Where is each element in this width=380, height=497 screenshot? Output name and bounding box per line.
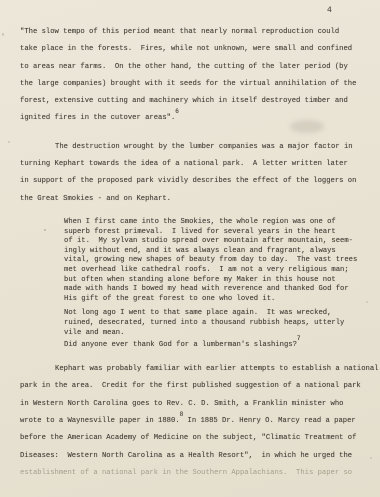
text-line: made with hands I bowed my head with rev… bbox=[64, 285, 366, 295]
opening-quotation-paragraph: "The slow tempo of this period meant tha… bbox=[20, 24, 366, 128]
text-line: park in the area. Credit for the first p… bbox=[20, 378, 366, 395]
text-line: Kephart was probably familiar with earli… bbox=[20, 361, 366, 378]
footnote-reference: 7 bbox=[297, 335, 301, 342]
paper-speck bbox=[370, 457, 372, 459]
text-line: wrote to a Waynesville paper in 1880.8 I… bbox=[20, 413, 366, 430]
block-quote-first-came: When I first came into the Smokies, the … bbox=[64, 218, 366, 304]
text-line: vital, growing new shapes of beauty from… bbox=[64, 256, 366, 266]
text-line: to areas near farms. On the other hand, … bbox=[20, 59, 366, 76]
text-line: vile and mean. bbox=[64, 329, 366, 339]
block-quote-not-long-ago: Not long ago I went to that same place a… bbox=[64, 309, 366, 338]
text-line: ruined, desecrated, turned into a thousa… bbox=[64, 319, 366, 329]
text-line: superb forest primeval. I lived for seve… bbox=[64, 228, 366, 238]
paper-speck bbox=[366, 301, 368, 303]
text-line: Diseases: Western North Carolina as a He… bbox=[20, 448, 366, 465]
text-line: turning Kephart towards the idea of a na… bbox=[20, 156, 366, 173]
text-line: ignited fires in the cutover areas".6 bbox=[20, 110, 366, 127]
text-line: Did anyone ever thank God for a lumberma… bbox=[64, 341, 366, 351]
text-line: met overhead like cathedral roofs. I am … bbox=[64, 266, 366, 276]
text-line: before the American Academy of Medicine … bbox=[20, 430, 366, 447]
text-line: but often when standing alone before my … bbox=[64, 276, 366, 286]
text-line: forest, extensive cutting and machinery … bbox=[20, 93, 366, 110]
text-line: establishment of a national park in the … bbox=[20, 465, 366, 482]
text-line: in support of the proposed park vividly … bbox=[20, 173, 366, 190]
document-page: 4 "The slow tempo of this period meant t… bbox=[0, 0, 380, 497]
block-quote-did-anyone: Did anyone ever thank God for a lumberma… bbox=[64, 341, 366, 351]
document-body: "The slow tempo of this period meant tha… bbox=[20, 24, 366, 482]
paragraph-destruction: The destruction wrought by the lumber co… bbox=[20, 139, 366, 208]
text-line: "The slow tempo of this period meant tha… bbox=[20, 24, 366, 41]
text-line: the Great Smokies - and on Kephart. bbox=[20, 191, 366, 208]
text-line: of it. My sylvan studio spread over moun… bbox=[64, 237, 366, 247]
footnote-reference: 8 bbox=[180, 411, 184, 418]
text-line: Not long ago I went to that same place a… bbox=[64, 309, 366, 319]
text-line: The destruction wrought by the lumber co… bbox=[20, 139, 366, 156]
text-line: ingly without end, and it was always cle… bbox=[64, 247, 366, 257]
text-line: the large companies) brought with it see… bbox=[20, 76, 366, 93]
text-line: in Western North Carolina goes to Rev. C… bbox=[20, 396, 366, 413]
paper-speck bbox=[8, 141, 10, 143]
paragraph-kephart-earlier-attempts: Kephart was probably familiar with earli… bbox=[20, 361, 366, 482]
text-line: His gift of the great forest to one who … bbox=[64, 295, 366, 305]
page-number: 4 bbox=[327, 6, 332, 15]
footnote-reference: 6 bbox=[175, 108, 179, 115]
text-line: take place in the forests. Fires, while … bbox=[20, 41, 366, 58]
paper-speck bbox=[2, 33, 4, 36]
text-line: When I first came into the Smokies, the … bbox=[64, 218, 366, 228]
